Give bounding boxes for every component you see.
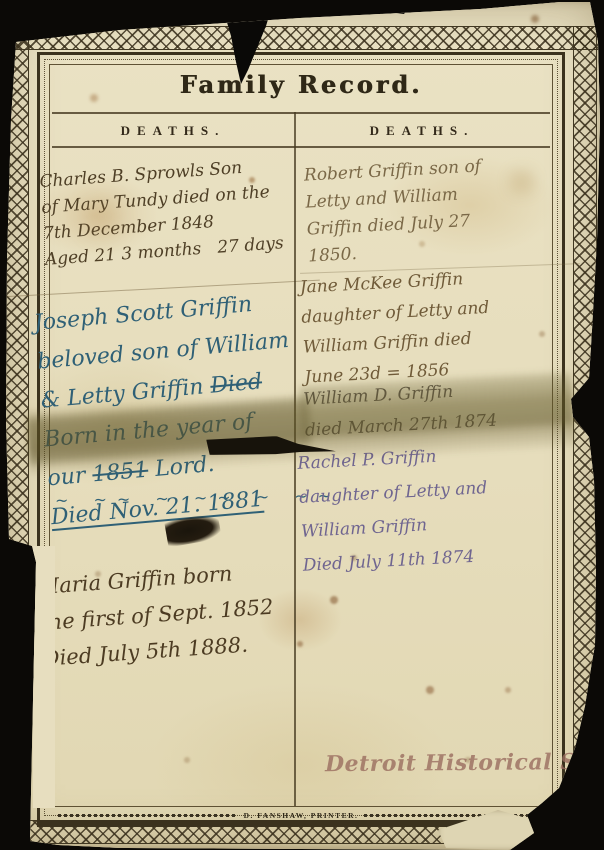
column-header-left: DEATHS. [52,123,294,139]
entry-robert-griffin: Robert Griffin son of Letty and William … [303,149,560,270]
title-underline-rule [52,112,550,114]
scan-backdrop: Family Record. DEATHS. DEATHS. Charles B… [0,0,604,850]
lattice-border-left [5,26,29,844]
entry-maria-griffin: Maria Griffin born the first of Sept. 18… [37,551,300,677]
printer-credit: D. FANSHAW, PRINTER. [244,811,359,820]
lattice-border-right [573,26,597,844]
torn-border-patch [33,546,55,808]
column-header-right: DEATHS. [294,123,550,139]
watermark: Detroit Historical Society [325,749,604,777]
tear-top-center [0,0,604,92]
foxing-spots [0,0,4,4]
header-underline-rule [52,146,550,148]
printer-rule-left [58,814,238,817]
entry-charles-sprowls: Charles B. Sprowls Son of Mary Tundy die… [39,151,302,273]
paper-sheet: Family Record. DEATHS. DEATHS. Charles B… [0,0,604,850]
